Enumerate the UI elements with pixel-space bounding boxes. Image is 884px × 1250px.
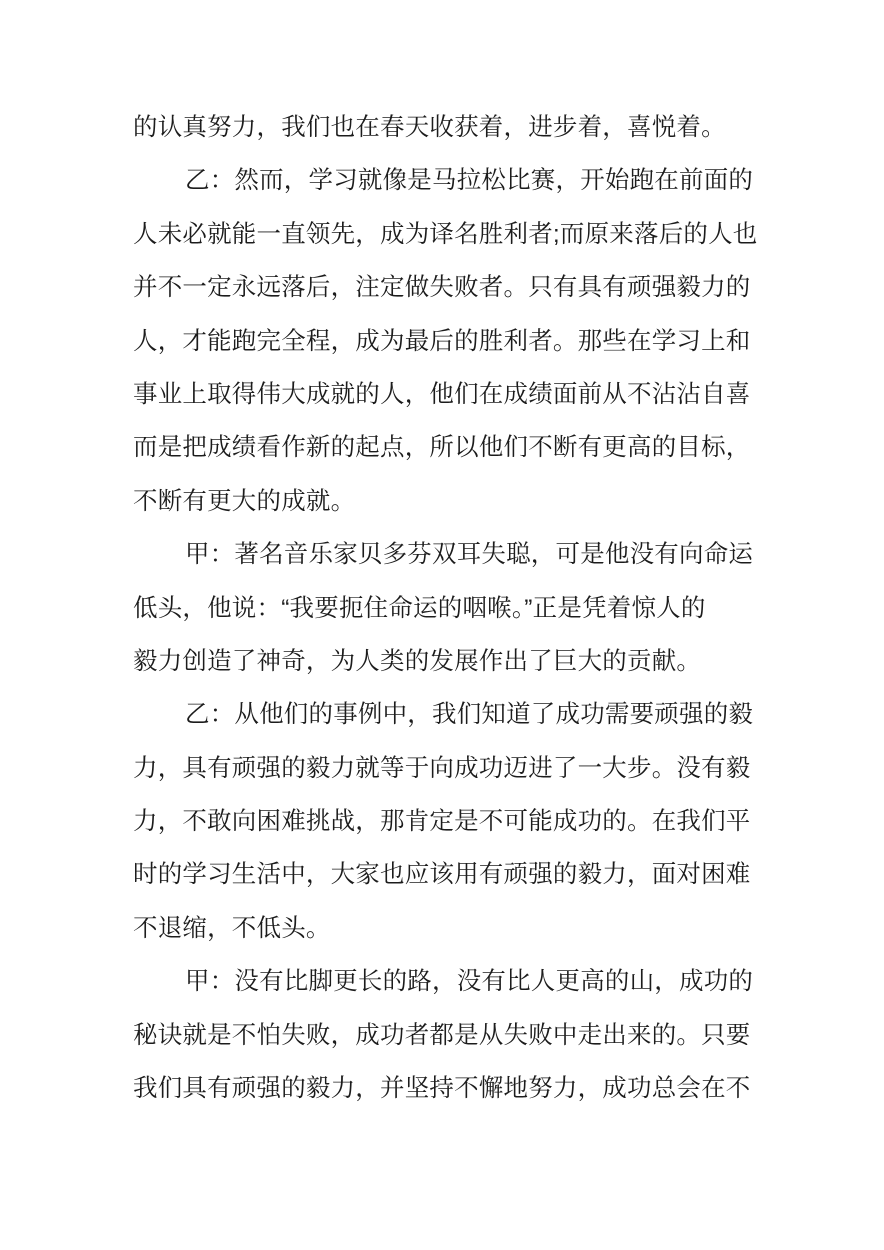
text-line: 秘诀就是不怕失败，成功者都是从失败中走出来的。只要	[133, 1009, 759, 1062]
text-line: 力，具有顽强的毅力就等于向成功迈进了一大步。没有毅	[133, 742, 759, 795]
text-line: 乙：然而，学习就像是马拉松比赛，开始跑在前面的	[133, 154, 759, 207]
text-line: 不断有更大的成就。	[133, 475, 759, 528]
text-line: 我们具有顽强的毅力，并坚持不懈地努力，成功总会在不	[133, 1062, 759, 1115]
text-line: 时的学习生活中，大家也应该用有顽强的毅力，面对困难	[133, 848, 759, 901]
text-line: 低头，他说：“我要扼住命运的咽喉。”正是凭着惊人的	[133, 582, 759, 635]
text-line: 不退缩，不低头。	[133, 902, 759, 955]
text-line: 事业上取得伟大成就的人，他们在成绩面前从不沾沾自喜	[133, 368, 759, 421]
text-line: 乙：从他们的事例中，我们知道了成功需要顽强的毅	[133, 688, 759, 741]
text-line: 人未必就能一直领先，成为译名胜利者;而原来落后的人也	[133, 208, 759, 261]
text-line: 力，不敢向困难挑战，那肯定是不可能成功的。在我们平	[133, 795, 759, 848]
text-line: 甲：没有比脚更长的路，没有比人更高的山，成功的	[133, 955, 759, 1008]
document-page: 的认真努力，我们也在春天收获着，进步着，喜悦着。乙：然而，学习就像是马拉松比赛，…	[0, 0, 884, 1250]
document-text-block: 的认真努力，我们也在春天收获着，进步着，喜悦着。乙：然而，学习就像是马拉松比赛，…	[133, 101, 759, 1115]
text-line: 并不一定永远落后，注定做失败者。只有具有顽强毅力的	[133, 261, 759, 314]
text-line: 人，才能跑完全程，成为最后的胜利者。那些在学习上和	[133, 315, 759, 368]
text-line: 甲：著名音乐家贝多芬双耳失聪，可是他没有向命运	[133, 528, 759, 581]
text-line: 的认真努力，我们也在春天收获着，进步着，喜悦着。	[133, 101, 759, 154]
text-line: 毅力创造了神奇，为人类的发展作出了巨大的贡献。	[133, 635, 759, 688]
text-line: 而是把成绩看作新的起点，所以他们不断有更高的目标，	[133, 421, 759, 474]
